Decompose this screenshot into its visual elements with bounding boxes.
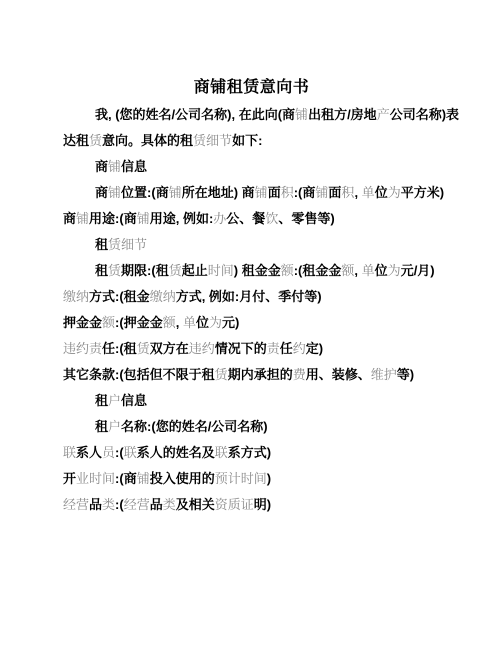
text-segment: 位置:(商 <box>121 185 169 200</box>
text-segment: 办 <box>213 211 226 226</box>
text-segment: 双方在 <box>150 341 189 356</box>
text-segment: 联 <box>124 445 137 460</box>
text-segment: 额 <box>102 315 115 330</box>
text-segment: 如下: <box>232 133 262 148</box>
text-segment: 赁 <box>108 263 121 278</box>
text-segment: 预计时间 <box>215 471 267 486</box>
text-segment: ) 租金金 <box>234 263 281 278</box>
text-segment: 类 <box>102 497 115 512</box>
text-segment: 系人的姓名及 <box>137 445 215 460</box>
text-segment: 位 <box>375 185 388 200</box>
doc-paragraph-line: 开业时间:(商铺投入使用的预计时间) <box>63 466 440 492</box>
text-segment: :(租金金 <box>294 263 342 278</box>
text-segment: ) <box>267 471 271 486</box>
text-segment: 联 <box>215 445 228 460</box>
text-segment: 定) <box>306 341 323 356</box>
doc-paragraph-line: 押金金额:(押金金额, 单位为元) <box>63 310 440 336</box>
text-segment: 面 <box>268 185 281 200</box>
text-segment: 投入使用的 <box>150 471 215 486</box>
text-segment: 单 <box>362 263 375 278</box>
text-segment: 信息 <box>121 159 147 174</box>
text-segment: 期内承担的 <box>228 367 293 382</box>
doc-section-heading: 租赁细节 <box>63 232 440 258</box>
document-title: 商铺租赁意向书 <box>63 74 440 102</box>
text-segment: 赁 <box>89 133 102 148</box>
text-segment: 赁细节 <box>193 133 232 148</box>
text-segment: 开 <box>63 471 76 486</box>
doc-paragraph-line: 违约责任:(租赁双方在违约情况下的责任约定) <box>63 336 440 362</box>
text-segment: 信息 <box>121 393 147 408</box>
text-segment: 等) <box>397 367 414 382</box>
doc-paragraph-line: 其它条款:(包括但不限于租赁期内承担的费用、装修、维护等) <box>63 362 440 388</box>
document-page: 商铺租赁意向书 我, (您的姓名/公司名称), 在此向(商铺出租方/房地产公司名… <box>0 0 500 647</box>
text-segment: 明) <box>254 497 271 512</box>
text-segment: 经营 <box>124 497 150 512</box>
text-segment: 情况下的 <box>215 341 267 356</box>
text-segment: 、零售等) <box>278 211 334 226</box>
text-segment: 额 <box>341 263 354 278</box>
text-segment: 系人 <box>76 445 102 460</box>
text-segment: 意向。具体的租 <box>102 133 193 148</box>
text-segment: 铺 <box>137 211 150 226</box>
text-segment: 方式, 例如:月付、季付等) <box>176 289 322 304</box>
text-segment: 位 <box>375 263 388 278</box>
text-segment: 饮 <box>265 211 278 226</box>
text-segment: :( <box>115 445 124 460</box>
doc-paragraph-line: 我, (您的姓名/公司名称), 在此向(商铺出租方/房地产公司名称)表 <box>63 102 440 128</box>
text-segment: 方式:(租金 <box>89 289 150 304</box>
text-segment: 名称:(您的姓名/公司名称) <box>121 419 268 434</box>
text-segment: 维护 <box>371 367 397 382</box>
text-segment: 类 <box>163 497 176 512</box>
text-segment: 业时间 <box>76 471 115 486</box>
text-segment: 出租方/房地 <box>308 107 377 122</box>
text-segment: 元/月) <box>401 263 435 278</box>
text-segment: 我, (您的姓名/公司名称), 在此向(商 <box>95 107 295 122</box>
text-segment: 用途:(商 <box>89 211 137 226</box>
text-segment: 责 <box>267 341 280 356</box>
text-segment: 押金金 <box>63 315 102 330</box>
text-segment: 经营 <box>63 497 89 512</box>
text-segment: 租 <box>95 419 108 434</box>
doc-paragraph-line: 租赁期限:(租赁起止时间) 租金金额:(租金金额, 单位为元/月) <box>63 258 440 284</box>
text-segment: 铺 <box>108 185 121 200</box>
text-segment: 单 <box>362 185 375 200</box>
text-segment: 及相关 <box>176 497 215 512</box>
text-segment: 户 <box>108 393 121 408</box>
text-segment: 任:(租 <box>102 341 137 356</box>
text-segment: 达租 <box>63 133 89 148</box>
text-segment: 租 <box>95 263 108 278</box>
text-segment: 商 <box>63 211 76 226</box>
text-segment: 积 <box>341 185 354 200</box>
text-segment: 额 <box>281 263 294 278</box>
text-segment: 期限:(租 <box>121 263 169 278</box>
text-segment: 系方式) <box>228 445 271 460</box>
text-segment: 资质证 <box>215 497 254 512</box>
text-segment: 租 <box>95 237 108 252</box>
text-segment: 联 <box>63 445 76 460</box>
text-segment: 员 <box>102 445 115 460</box>
text-segment: 其它条款:(包括但不限于租 <box>63 367 215 382</box>
text-segment: 积 <box>281 185 294 200</box>
doc-paragraph-line: 达租赁意向。具体的租赁细节如下: <box>63 128 440 154</box>
text-segment: :(商 <box>115 471 137 486</box>
text-segment: 公司名称)表 <box>390 107 459 122</box>
doc-paragraph-line: 商铺位置:(商铺所在地址) 商铺面积:(商铺面积, 单位为平方米) <box>63 180 440 206</box>
text-segment: :(商 <box>294 185 316 200</box>
text-segment: 铺 <box>108 159 121 174</box>
text-segment: 租 <box>95 393 108 408</box>
doc-paragraph-line: 商铺用途:(商铺用途, 例如:办公、餐饮、零售等) <box>63 206 440 232</box>
text-segment: 面 <box>328 185 341 200</box>
doc-paragraph-line: 缴纳方式:(租金缴纳方式, 例如:月付、季付等) <box>63 284 440 310</box>
text-segment: 元) <box>222 315 239 330</box>
text-segment: 违约 <box>189 341 215 356</box>
text-segment: 起止 <box>182 263 208 278</box>
text-segment: 赁 <box>137 341 150 356</box>
text-segment: 品 <box>89 497 102 512</box>
text-segment: 所在地址) 商 <box>182 185 255 200</box>
text-segment: 商 <box>95 185 108 200</box>
text-segment: 产 <box>377 107 390 122</box>
text-segment: 赁 <box>169 263 182 278</box>
doc-section-heading: 商铺信息 <box>63 154 440 180</box>
text-segment: 铺 <box>169 185 182 200</box>
text-segment: 时间 <box>208 263 234 278</box>
text-segment: 任 <box>280 341 293 356</box>
doc-paragraph-line: 联系人员:(联系人的姓名及联系方式) <box>63 440 440 466</box>
text-segment: 额 <box>163 315 176 330</box>
doc-section-heading: 租户信息 <box>63 388 440 414</box>
text-segment: 平方米) <box>401 185 444 200</box>
text-segment: 缴纳 <box>150 289 176 304</box>
text-segment: 户 <box>108 419 121 434</box>
text-segment: 商 <box>95 159 108 174</box>
text-segment: 单 <box>183 315 196 330</box>
text-segment: 公、餐 <box>226 211 265 226</box>
text-segment: 铺 <box>315 185 328 200</box>
text-segment: 缴纳 <box>63 289 89 304</box>
text-segment: 约 <box>293 341 306 356</box>
text-segment: 铺 <box>76 211 89 226</box>
text-segment: :( <box>115 497 124 512</box>
text-segment: 用、装修、 <box>306 367 371 382</box>
text-segment: 违约责 <box>63 341 102 356</box>
text-segment: 铺 <box>295 107 308 122</box>
text-segment: 为 <box>209 315 222 330</box>
text-segment: , <box>176 315 183 330</box>
text-segment: , <box>354 263 361 278</box>
text-segment: 铺 <box>255 185 268 200</box>
text-segment: , <box>354 185 361 200</box>
text-segment: 赁 <box>215 367 228 382</box>
text-segment: 费 <box>293 367 306 382</box>
text-segment: 为 <box>388 263 401 278</box>
text-segment: 为 <box>388 185 401 200</box>
doc-paragraph-line: 经营品类:(经营品类及相关资质证明) <box>63 492 440 518</box>
text-segment: :(押金金 <box>115 315 163 330</box>
document-body: 我, (您的姓名/公司名称), 在此向(商铺出租方/房地产公司名称)表达租赁意向… <box>63 102 440 518</box>
text-segment: 赁细节 <box>108 237 147 252</box>
text-segment: 位 <box>196 315 209 330</box>
text-segment: 品 <box>150 497 163 512</box>
doc-paragraph-line: 租户名称:(您的姓名/公司名称) <box>63 414 440 440</box>
text-segment: 用途, 例如: <box>150 211 214 226</box>
text-segment: 铺 <box>137 471 150 486</box>
